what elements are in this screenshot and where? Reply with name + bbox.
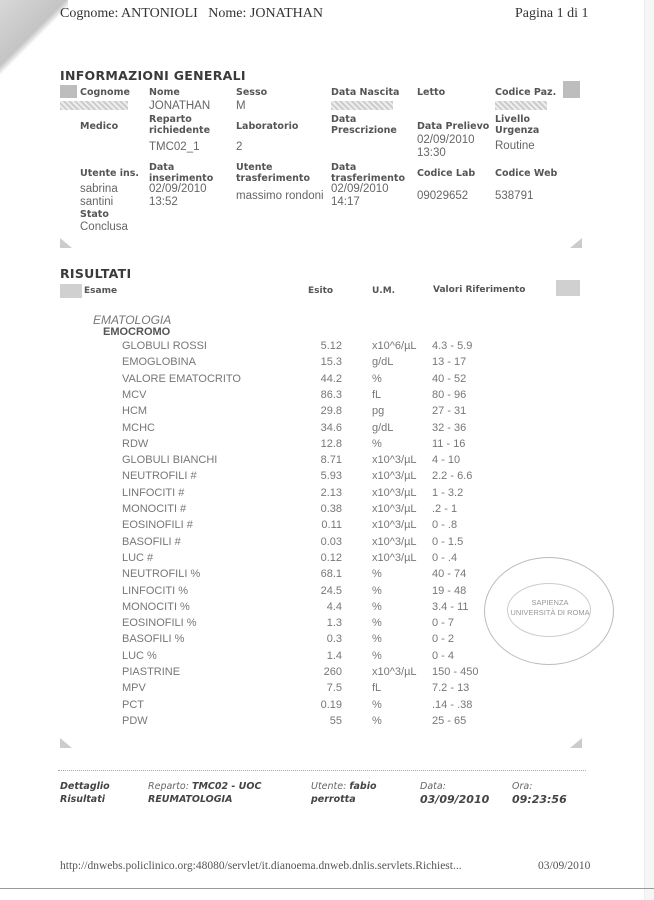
exam-name: LUC # [122, 552, 153, 564]
exam-value: 0.3 [290, 633, 342, 645]
laboratorio-value: 2 [236, 141, 242, 154]
codice-paz-redacted [495, 101, 547, 110]
exam-unit: x10^3/µL [372, 503, 417, 515]
utente-trasf-value: massimo rondoni [236, 190, 324, 203]
exam-reference: .14 - .38 [432, 699, 472, 711]
exam-value: 15.3 [290, 356, 342, 368]
corner-marker-icon [60, 284, 82, 298]
exam-value: 1.4 [290, 650, 342, 662]
table-row: GLOBULI ROSSI5.12x10^6/µL4.3 - 5.9 [0, 340, 654, 356]
page-number: Pagina 1 di 1 [515, 6, 589, 22]
exam-unit: g/dL [372, 422, 393, 434]
footer-ora-value: 09:23:56 [512, 793, 567, 806]
exam-unit: % [372, 633, 382, 645]
col-esame: Esame [84, 286, 117, 297]
table-row: RDW12.8%11 - 16 [0, 438, 654, 454]
footer-data-label: Data: [420, 780, 489, 793]
codice-web-value: 538791 [495, 190, 533, 203]
corner-marker-icon [563, 81, 580, 98]
data-ins-value: 02/09/2010 13:52 [149, 183, 213, 209]
exam-value: 0.38 [290, 503, 342, 515]
data-prelievo-value: 02/09/2010 13:30 [417, 134, 481, 160]
col-esito: Esito [308, 286, 333, 297]
exam-name: LUC % [122, 650, 157, 662]
exam-reference: 40 - 74 [432, 568, 466, 580]
exam-name: LINFOCITI % [122, 585, 188, 597]
exam-reference: 4 - 10 [432, 454, 460, 466]
exam-value: 0.11 [290, 519, 342, 531]
table-row: MONOCITI #0.38x10^3/µL.2 - 1 [0, 503, 654, 519]
footer-ora: Ora:09:23:56 [512, 780, 567, 807]
exam-name: NEUTROFILI # [122, 470, 197, 482]
exam-name: MONOCITI % [122, 601, 190, 613]
data-trasf-label: Data trasferimento [331, 162, 411, 184]
table-row: MPV7.5fL7.2 - 13 [0, 682, 654, 698]
exam-reference: 7.2 - 13 [432, 682, 469, 694]
print-date: 03/09/2010 [538, 860, 590, 872]
exam-reference: 2.2 - 6.6 [432, 470, 472, 482]
exam-unit: fL [372, 682, 381, 694]
table-row: PIASTRINE260x10^3/µL150 - 450 [0, 666, 654, 682]
exam-reference: 0 - 2 [432, 633, 454, 645]
cognome-label: Cognome [80, 87, 130, 98]
exam-unit: % [372, 715, 382, 727]
utente-trasf-label: Utente trasferimento [236, 162, 316, 184]
exam-name: PIASTRINE [122, 666, 180, 678]
corner-tick-icon [60, 738, 72, 748]
table-row: VALORE EMATOCRITO44.2%40 - 52 [0, 373, 654, 389]
table-row: PDW55%25 - 65 [0, 715, 654, 731]
exam-unit: % [372, 601, 382, 613]
exam-unit: % [372, 617, 382, 629]
col-um: U.M. [372, 286, 395, 297]
reparto-value: TMC02_1 [149, 141, 200, 154]
exam-reference: 11 - 16 [432, 438, 465, 450]
corner-marker-icon [60, 85, 77, 98]
exam-unit: x10^3/µL [372, 519, 417, 531]
table-row: BASOFILI #0.03x10^3/µL0 - 1.5 [0, 536, 654, 552]
group-emocromo: EMOCROMO [103, 326, 170, 338]
exam-name: PCT [122, 699, 144, 711]
footer-utente-label: Utente: [311, 781, 346, 792]
exam-reference: 1 - 3.2 [432, 487, 463, 499]
data-nascita-label: Data Nascita [331, 87, 399, 98]
exam-value: 1.3 [290, 617, 342, 629]
exam-unit: % [372, 650, 382, 662]
corner-tick-icon [60, 238, 72, 248]
table-row: LINFOCITI #2.13x10^3/µL1 - 3.2 [0, 487, 654, 503]
table-row: EMOGLOBINA15.3g/dL13 - 17 [0, 356, 654, 372]
utente-ins-value: sabrina santini [80, 183, 136, 209]
exam-name: BASOFILI % [122, 633, 184, 645]
cognome-value-redacted [60, 101, 128, 110]
footer-divider [58, 770, 586, 771]
exam-name: BASOFILI # [122, 536, 181, 548]
exam-value: 0.12 [290, 552, 342, 564]
corner-marker-icon [556, 280, 580, 296]
print-url: http://dnwebs.policlinico.org:48080/serv… [60, 860, 462, 872]
exam-name: MCHC [122, 422, 155, 434]
exam-value: 34.6 [290, 422, 342, 434]
nome-label: Nome [149, 87, 180, 98]
table-row: PCT0.19%.14 - .38 [0, 699, 654, 715]
exam-value: 29.8 [290, 405, 342, 417]
table-row: EOSINOFILI #0.11x10^3/µL0 - .8 [0, 519, 654, 535]
exam-reference: 0 - 1.5 [432, 536, 463, 548]
exam-value: 2.13 [290, 487, 342, 499]
exam-name: VALORE EMATOCRITO [122, 373, 241, 385]
exam-value: 5.12 [290, 340, 342, 352]
exam-name: MPV [122, 682, 146, 694]
exam-unit: % [372, 568, 382, 580]
exam-reference: 25 - 65 [432, 715, 466, 727]
exam-value: 55 [290, 715, 342, 727]
category-ematologia: EMATOLOGIA [93, 313, 171, 327]
exam-unit: % [372, 438, 382, 450]
exam-reference: 0 - 4 [432, 650, 454, 662]
codice-lab-value: 09029652 [417, 190, 468, 203]
exam-value: 24.5 [290, 585, 342, 597]
exam-value: 44.2 [290, 373, 342, 385]
exam-value: 8.71 [290, 454, 342, 466]
corner-tick-icon [570, 238, 582, 248]
table-row: HCM29.8pg27 - 31 [0, 405, 654, 421]
exam-value: 12.8 [290, 438, 342, 450]
table-row: MCHC34.6g/dL32 - 36 [0, 422, 654, 438]
exam-name: NEUTROFILI % [122, 568, 200, 580]
exam-name: MONOCITI # [122, 503, 186, 515]
exam-reference: 0 - .4 [432, 552, 457, 564]
exam-unit: fL [372, 389, 381, 401]
footer-reparto: Reparto: TMC02 - UOC REUMATOLOGIA [148, 780, 288, 806]
exam-value: 4.4 [290, 601, 342, 613]
exam-name: GLOBULI BIANCHI [122, 454, 217, 466]
exam-value: 86.3 [290, 389, 342, 401]
exam-name: RDW [122, 438, 148, 450]
table-row: MCV86.3fL80 - 96 [0, 389, 654, 405]
exam-unit: pg [372, 405, 384, 417]
codice-paz-label: Codice Paz. [495, 87, 556, 98]
exam-reference: 13 - 17 [432, 356, 466, 368]
exam-reference: 0 - 7 [432, 617, 454, 629]
exam-value: 260 [290, 666, 342, 678]
exam-name: EOSINOFILI % [122, 617, 197, 629]
exam-name: HCM [122, 405, 147, 417]
exam-reference: 19 - 48 [432, 585, 466, 597]
exam-value: 5.93 [290, 470, 342, 482]
sesso-value: M [236, 100, 246, 113]
laboratorio-label: Laboratorio [236, 121, 298, 132]
exam-unit: x10^3/µL [372, 470, 417, 482]
urgenza-value: Routine [495, 140, 535, 153]
letto-label: Letto [417, 87, 445, 98]
nome-value: JONATHAN [149, 100, 210, 113]
exam-unit: g/dL [372, 356, 393, 368]
exam-name: EMOGLOBINA [122, 356, 196, 368]
exam-value: 7.5 [290, 682, 342, 694]
exam-reference: 0 - .8 [432, 519, 457, 531]
footer-data-value: 03/09/2010 [420, 793, 489, 806]
stato-label: Stato [80, 209, 109, 220]
exam-unit: x10^3/µL [372, 666, 417, 678]
exam-unit: x10^3/µL [372, 536, 417, 548]
data-prelievo-label: Data Prelievo [417, 121, 489, 132]
exam-unit: x10^6/µL [372, 340, 417, 352]
exam-value: 68.1 [290, 568, 342, 580]
reparto-label: Reparto richiedente [149, 114, 219, 136]
exam-unit: x10^3/µL [372, 487, 417, 499]
exam-reference: 3.4 - 11 [432, 601, 469, 613]
exam-reference: 40 - 52 [432, 373, 466, 385]
exam-unit: % [372, 373, 382, 385]
exam-reference: 80 - 96 [432, 389, 466, 401]
info-section-title: INFORMAZIONI GENERALI [60, 68, 246, 83]
footer-ora-label: Ora: [512, 780, 567, 793]
exam-name: LINFOCITI # [122, 487, 184, 499]
exam-reference: 150 - 450 [432, 666, 478, 678]
exam-unit: % [372, 585, 382, 597]
medico-label: Medico [80, 121, 118, 132]
urgenza-label: Livello Urgenza [495, 114, 545, 136]
data-nascita-redacted [331, 101, 393, 110]
exam-reference: 4.3 - 5.9 [432, 340, 472, 352]
data-prescrizione-label: Data Prescrizione [331, 114, 401, 136]
exam-value: 0.19 [290, 699, 342, 711]
exam-unit: x10^3/µL [372, 454, 417, 466]
exam-value: 0.03 [290, 536, 342, 548]
footer-reparto-label: Reparto: [148, 781, 189, 792]
table-row: GLOBULI BIANCHI8.71x10^3/µL4 - 10 [0, 454, 654, 470]
footer-section: Dettaglio Risultati [60, 780, 120, 806]
codice-web-label: Codice Web [495, 168, 557, 179]
corner-tick-icon [570, 738, 582, 748]
col-valori-riferimento: Valori Riferimento [433, 285, 525, 296]
footer-data: Data:03/09/2010 [420, 780, 489, 807]
sesso-label: Sesso [236, 87, 267, 98]
exam-unit: x10^3/µL [372, 552, 417, 564]
data-trasf-value: 02/09/2010 14:17 [331, 183, 395, 209]
utente-ins-label: Utente ins. [80, 168, 139, 179]
exam-name: MCV [122, 389, 146, 401]
exam-name: GLOBULI ROSSI [122, 340, 207, 352]
footer-utente: Utente: fabio perrotta [311, 780, 391, 806]
exam-name: PDW [122, 715, 148, 727]
codice-lab-label: Codice Lab [417, 168, 475, 179]
exam-reference: .2 - 1 [432, 503, 457, 515]
page-bottom-edge [0, 888, 654, 889]
exam-reference: 27 - 31 [432, 405, 466, 417]
data-ins-label: Data inserimento [149, 162, 219, 184]
stato-value: Conclusa [80, 221, 128, 234]
exam-unit: % [372, 699, 382, 711]
results-section-title: RISULTATI [60, 266, 131, 281]
patient-header: Cognome: ANTONIOLI Nome: JONATHAN [60, 6, 323, 22]
page-corner-fold [0, 0, 68, 78]
table-row: NEUTROFILI #5.93x10^3/µL2.2 - 6.6 [0, 470, 654, 486]
exam-reference: 32 - 36 [432, 422, 466, 434]
stamp-center-text: SAPIENZA UNIVERSITÀ DI ROMA [510, 598, 590, 618]
exam-name: EOSINOFILI # [122, 519, 193, 531]
